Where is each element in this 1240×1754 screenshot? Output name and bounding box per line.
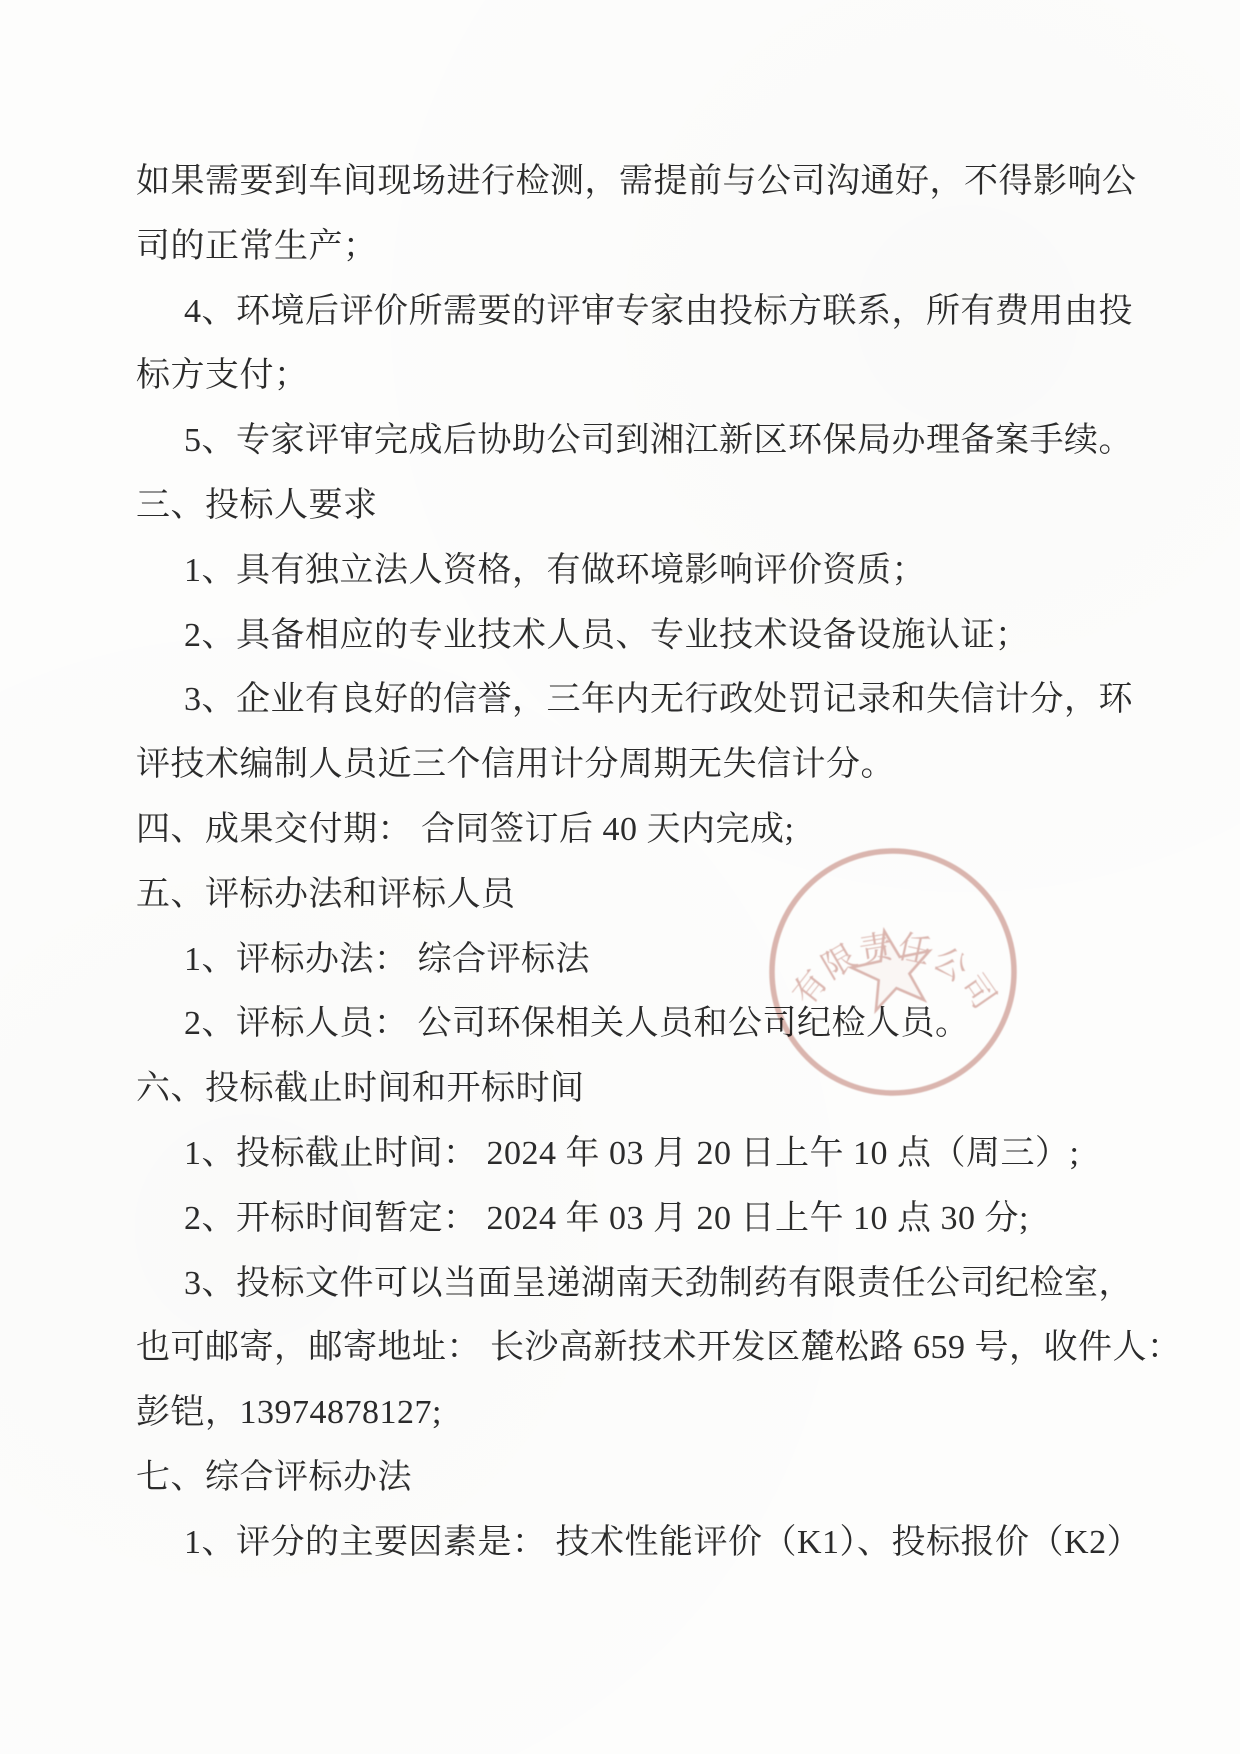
text-line: 3、投标文件可以当面呈递湖南天劲制药有限责任公司纪检室， [136,1252,1131,1317]
text-line: 七、综合评标办法 [136,1446,1131,1511]
text-line: 3、企业有良好的信誉，三年内无行政处罚记录和失信计分，环 [136,668,1131,733]
text-line: 彭铠，13974878127; [136,1381,1131,1446]
text-line: 标方支付； [136,344,1131,409]
text-line: 2、具备相应的专业技术人员、专业技术设备设施认证； [136,604,1131,669]
text-line: 三、投标人要求 [136,474,1131,539]
company-seal-stamp: 有限责任公司 [766,846,1020,1100]
text-line: 1、评分的主要因素是： 技术性能评价（K1）、投标报价（K2） [136,1511,1131,1576]
text-line: 2、开标时间暂定： 2024 年 03 月 20 日上午 10 点 30 分; [136,1187,1131,1252]
text-line: 评技术编制人员近三个信用计分周期无失信计分。 [136,733,1131,798]
text-line: 1、投标截止时间： 2024 年 03 月 20 日上午 10 点（周三）; [136,1122,1131,1187]
text-line: 司的正常生产； [136,215,1131,280]
text-line: 如果需要到车间现场进行检测，需提前与公司沟通好，不得影响公 [136,150,1131,215]
document-page: 如果需要到车间现场进行检测，需提前与公司沟通好，不得影响公 司的正常生产； 4、… [0,0,1240,1754]
text-line: 1、具有独立法人资格，有做环境影响评价资质； [136,539,1131,604]
text-line: 也可邮寄，邮寄地址： 长沙高新技术开发区麓松路 659 号，收件人： [136,1316,1131,1381]
text-line: 4、环境后评价所需要的评审专家由投标方联系，所有费用由投 [136,280,1131,345]
text-line: 5、专家评审完成后协助公司到湘江新区环保局办理备案手续。 [136,409,1131,474]
